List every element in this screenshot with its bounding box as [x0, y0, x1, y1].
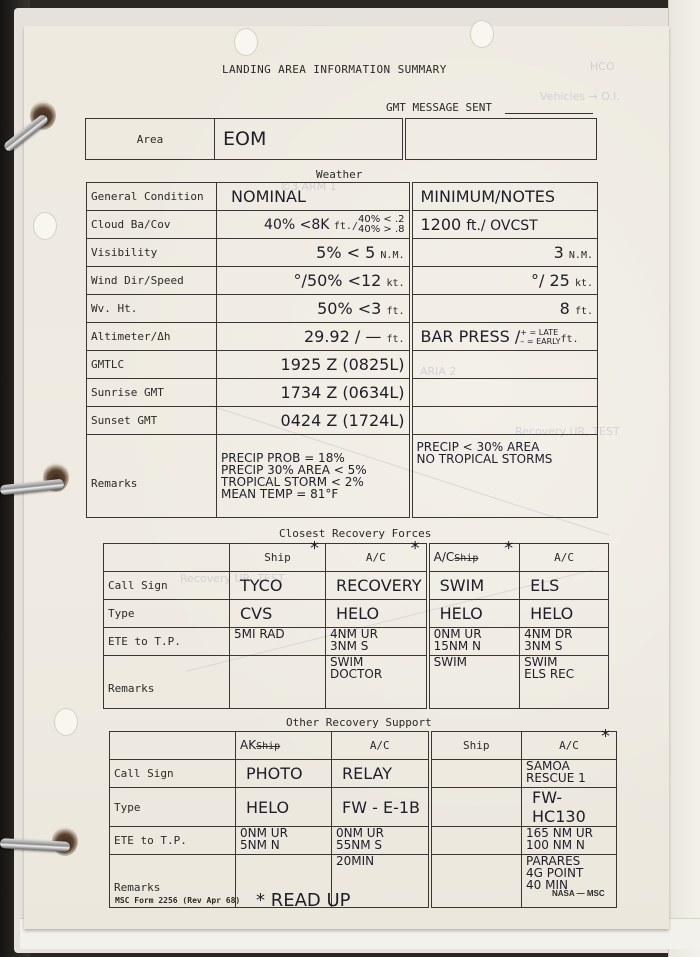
other-recovery-header-row: AKShipA/CShipA/C* — [110, 732, 617, 760]
other-recovery-cell[interactable]: FW - E-1B — [332, 788, 430, 827]
other-recovery-cell[interactable] — [430, 760, 522, 788]
weather-row-label: Sunrise GMT — [87, 379, 217, 407]
closest-recovery-cell[interactable]: HELO — [428, 600, 520, 628]
weather-value[interactable]: 29.92 / — ft. — [217, 323, 411, 351]
stacked-bottom: 40% > .8 — [358, 225, 405, 235]
unit-label: ft./ — [334, 221, 358, 232]
closest-recovery-cell[interactable] — [230, 656, 326, 709]
other-recovery-cell[interactable]: PARARES4G POINT40 MIN — [522, 855, 617, 908]
other-recovery-row: Call SignPHOTORELAYSAMOARESCUE 1 — [110, 760, 617, 788]
unit-label: kt. — [575, 278, 593, 289]
other-recovery-cell[interactable]: PHOTO — [236, 760, 332, 788]
punch-hole — [470, 20, 494, 48]
closest-recovery-section-title: Closest Recovery Forces — [279, 527, 431, 540]
other-recovery-cell[interactable]: RELAY — [332, 760, 430, 788]
form-title: LANDING AREA INFORMATION SUMMARY — [222, 63, 447, 76]
header-text: Ship — [264, 551, 291, 564]
closest-recovery-header-row: Ship*A/C*A/CShip*A/C — [104, 544, 609, 572]
stacked-top: + = LATE — [520, 328, 560, 337]
header-struck-text: Ship — [256, 741, 280, 752]
closest-recovery-row-label: Type — [104, 600, 230, 628]
unit-label: N.M. — [380, 250, 404, 261]
bleed-through-text: Vehicles → O.I. — [540, 90, 620, 103]
weather-row: Wv. Ht.50% <3 ft.8 ft. — [87, 295, 598, 323]
other-recovery-cell[interactable] — [430, 788, 522, 827]
weather-row-label: Sunset GMT — [87, 407, 217, 435]
closest-recovery-cell[interactable]: HELO — [326, 600, 428, 628]
closest-recovery-cell[interactable]: 5MI RAD — [230, 628, 326, 656]
weather-value-stacked: 40% < .240% > .8 — [358, 215, 405, 235]
closest-recovery-column-header: A/C — [520, 544, 609, 572]
weather-remarks-label: Remarks — [87, 435, 217, 518]
header-text: A/C — [559, 739, 579, 752]
unit-label: kt. — [386, 278, 404, 289]
weather-value[interactable]: NOMINAL — [217, 183, 411, 211]
weather-remarks-value[interactable]: PRECIP PROB = 18%PRECIP 30% AREA < 5%TRO… — [217, 435, 411, 518]
weather-row: Visibility5% < 5 N.M.3 N.M. — [87, 239, 598, 267]
weather-value[interactable]: °/50% <12 kt. — [217, 267, 411, 295]
punch-hole — [33, 212, 57, 240]
area-notes[interactable] — [404, 119, 597, 160]
closest-recovery-row-label: ETE to T.P. — [104, 628, 230, 656]
punch-hole — [54, 708, 78, 736]
cell-line: 100 NM N — [526, 839, 612, 851]
other-recovery-cell[interactable]: 0NM UR55NM S — [332, 827, 430, 855]
weather-note[interactable] — [411, 379, 598, 407]
closest-recovery-row: TypeCVSHELOHELOHELO — [104, 600, 609, 628]
underlying-page-edge — [668, 0, 700, 957]
closest-recovery-cell[interactable]: TYCO — [230, 572, 326, 600]
weather-value[interactable]: 5% < 5 N.M. — [217, 239, 411, 267]
other-recovery-cell[interactable] — [430, 827, 522, 855]
weather-row: Sunrise GMT1734 Z (0634L) — [87, 379, 598, 407]
unit-label: ft. — [560, 334, 578, 345]
weather-note[interactable]: MINIMUM/NOTES — [411, 183, 598, 211]
weather-value[interactable]: 50% <3 ft. — [217, 295, 411, 323]
weather-section-title: Weather — [316, 168, 362, 181]
closest-recovery-row: ETE to T.P.5MI RAD4NM UR3NM S0NM UR15NM … — [104, 628, 609, 656]
weather-note[interactable] — [411, 351, 598, 379]
weather-row-label: Visibility — [87, 239, 217, 267]
weather-row-label: Cloud Ba/Cov — [87, 211, 217, 239]
weather-row-label: Wv. Ht. — [87, 295, 217, 323]
weather-note-stacked: + = LATE– = EARLY — [520, 328, 560, 346]
cell-line: 5NM N — [240, 839, 327, 851]
closest-recovery-cell[interactable]: SWIM — [428, 572, 520, 600]
cell-line: 3NM S — [330, 640, 422, 652]
weather-row-label: GMTLC — [87, 351, 217, 379]
closest-recovery-row: RemarksSWIMDOCTORSWIMSWIMELS REC — [104, 656, 609, 709]
closest-recovery-row-label: Remarks — [104, 656, 230, 709]
closest-recovery-column-header: Ship* — [230, 544, 326, 572]
other-recovery-cell[interactable]: 0NM UR5NM N — [236, 827, 332, 855]
other-recovery-column-header: A/C* — [522, 732, 617, 760]
stacked-top: 40% < .2 — [358, 215, 405, 225]
weather-note[interactable]: 3 N.M. — [411, 239, 598, 267]
weather-row: Cloud Ba/Cov40% <8K ft./40% < .240% > .8… — [87, 211, 598, 239]
header-text: Ship — [463, 739, 490, 752]
other-recovery-cell[interactable]: HELO — [236, 788, 332, 827]
weather-row: Sunset GMT0424 Z (1724L) — [87, 407, 598, 435]
weather-note[interactable] — [411, 407, 598, 435]
weather-row: Wind Dir/Speed°/50% <12 kt.°/ 25 kt. — [87, 267, 598, 295]
form-number: MSC Form 2256 (Rev Apr 68) — [115, 896, 240, 905]
closest-recovery-table: Ship*A/C*A/CShip*A/CCall SignTYCORECOVER… — [103, 543, 609, 709]
unit-label: N.M. — [569, 250, 593, 261]
other-recovery-column-header: AKShip — [236, 732, 332, 760]
closest-recovery-column-header: A/C* — [326, 544, 428, 572]
cell-line: 20MIN — [336, 855, 424, 867]
cell-line: ELS REC — [524, 668, 604, 680]
weather-row: General ConditionNOMINAL MINIMUM/NOTES — [87, 183, 598, 211]
weather-note[interactable]: °/ 25 kt. — [411, 267, 598, 295]
cell-line: SWIM — [434, 656, 516, 668]
other-recovery-table: AKShipA/CShipA/C*Call SignPHOTORELAYSAMO… — [109, 731, 617, 908]
area-value[interactable]: EOM — [215, 119, 405, 160]
gmt-message-sent-field[interactable] — [505, 113, 593, 114]
closest-recovery-column-header: A/CShip* — [428, 544, 520, 572]
cell-line: DOCTOR — [330, 668, 422, 680]
asterisk-icon: * — [504, 538, 513, 559]
cell-line: 5MI RAD — [234, 628, 321, 640]
weather-row: GMTLC1925 Z (0825L) — [87, 351, 598, 379]
closest-recovery-row-label: Call Sign — [104, 572, 230, 600]
weather-note[interactable]: BAR PRESS /+ = LATE– = EARLYft. — [411, 323, 598, 351]
stacked-bottom: – = EARLY — [520, 337, 560, 346]
header-text: A/C — [366, 551, 386, 564]
other-recovery-section-title: Other Recovery Support — [286, 716, 432, 729]
header-struck-text: Ship — [454, 553, 478, 564]
weather-value[interactable]: 1925 Z (0825L) — [217, 351, 411, 379]
other-recovery-column-header: Ship — [430, 732, 522, 760]
weather-note[interactable]: 8 ft. — [411, 295, 598, 323]
closest-recovery-cell[interactable]: HELO — [520, 600, 609, 628]
other-recovery-cell[interactable] — [430, 855, 522, 908]
closest-recovery-cell[interactable]: SWIM — [428, 656, 520, 709]
other-recovery-corner — [110, 732, 236, 760]
weather-note[interactable]: 1200 ft./ OVCST — [411, 211, 598, 239]
bleed-through-text: HCO — [590, 60, 615, 73]
area-label: Area — [86, 119, 215, 160]
closest-recovery-cell[interactable]: 0NM UR15NM N — [428, 628, 520, 656]
closest-recovery-cell[interactable]: ELS — [520, 572, 609, 600]
closest-recovery-cell[interactable]: CVS — [230, 600, 326, 628]
unit-label: ft. — [386, 334, 404, 345]
closest-recovery-cell[interactable]: 4NM DR3NM S — [520, 628, 609, 656]
closest-recovery-cell[interactable]: SWIMELS REC — [520, 656, 609, 709]
other-recovery-cell[interactable]: SAMOARESCUE 1 — [522, 760, 617, 788]
weather-row-label: Altimeter/Δh — [87, 323, 217, 351]
other-recovery-row: TypeHELOFW - E-1BFW-HC130 — [110, 788, 617, 827]
other-recovery-row: ETE to T.P.0NM UR5NM N0NM UR55NM S165 NM… — [110, 827, 617, 855]
other-recovery-cell[interactable]: FW-HC130 — [522, 788, 617, 827]
asterisk-icon: * — [310, 538, 319, 559]
closest-recovery-cell[interactable]: RECOVERY — [326, 572, 428, 600]
header-text: A/C — [370, 739, 390, 752]
remarks-line: NO TROPICAL STORMS — [417, 453, 594, 465]
weather-value[interactable]: 1734 Z (0634L) — [217, 379, 411, 407]
remarks-line: MEAN TEMP = 81°F — [221, 488, 405, 500]
unit-label: ft. — [575, 306, 593, 317]
unit-label: ft./ OVCST — [466, 218, 537, 234]
weather-row-label: Wind Dir/Speed — [87, 267, 217, 295]
unit-label: ft. — [386, 306, 404, 317]
cell-line: 15NM N — [434, 640, 516, 652]
punch-hole — [234, 28, 258, 56]
asterisk-icon: * — [411, 538, 420, 559]
header-handwritten: AK — [240, 738, 256, 752]
cell-line: 55NM S — [336, 839, 424, 851]
cell-line: 3NM S — [524, 640, 604, 652]
weather-row: Altimeter/Δh29.92 / — ft.BAR PRESS /+ = … — [87, 323, 598, 351]
cell-line: RESCUE 1 — [526, 772, 612, 784]
other-recovery-row-label: Call Sign — [110, 760, 236, 788]
weather-row-label: General Condition — [87, 183, 217, 211]
other-recovery-column-header: A/C — [332, 732, 430, 760]
closest-recovery-cell[interactable]: SWIMDOCTOR — [326, 656, 428, 709]
header-text: A/C — [554, 551, 574, 564]
other-recovery-row-label: ETE to T.P. — [110, 827, 236, 855]
weather-row-remarks: RemarksPRECIP PROB = 18%PRECIP 30% AREA … — [87, 435, 598, 518]
weather-value[interactable]: 0424 Z (1724L) — [217, 407, 411, 435]
header-handwritten: A/C — [434, 550, 455, 564]
other-recovery-row-label: Type — [110, 788, 236, 827]
asterisk-icon: * — [601, 726, 610, 747]
closest-recovery-cell[interactable]: 4NM UR3NM S — [326, 628, 428, 656]
weather-value[interactable]: 40% <8K ft./40% < .240% > .8 — [217, 211, 411, 239]
closest-recovery-row: Call SignTYCORECOVERYSWIMELS — [104, 572, 609, 600]
agency-mark: NASA — MSC — [552, 889, 605, 898]
other-recovery-cell[interactable]: 165 NM UR100 NM N — [522, 827, 617, 855]
weather-table: General ConditionNOMINAL MINIMUM/NOTES C… — [86, 182, 598, 518]
weather-remarks-notes[interactable]: PRECIP < 30% AREANO TROPICAL STORMS — [411, 435, 598, 518]
area-table: Area EOM — [85, 118, 597, 160]
closest-recovery-corner — [104, 544, 230, 572]
read-up-note: * READ UP — [256, 890, 351, 911]
gmt-message-sent-label: GMT MESSAGE SENT — [386, 101, 492, 114]
